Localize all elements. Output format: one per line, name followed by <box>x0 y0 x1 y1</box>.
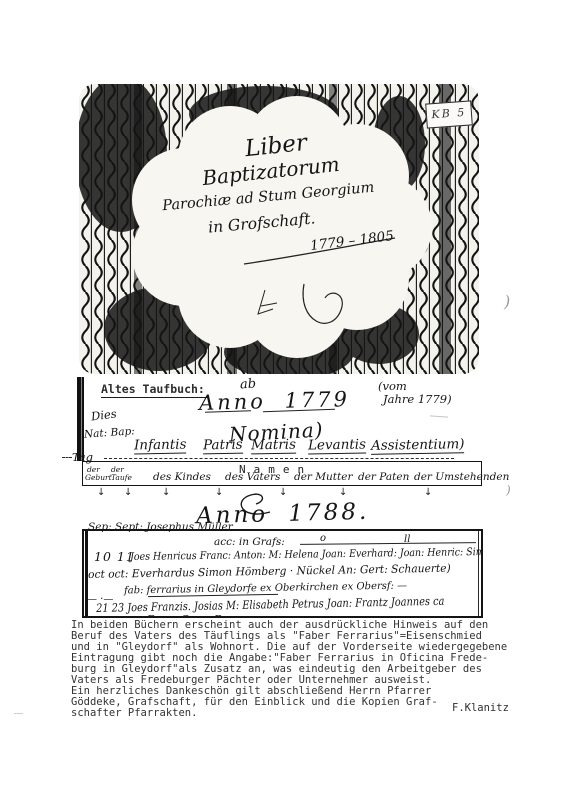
left-fold-bar <box>77 377 84 461</box>
latin-col-levantis: Levantis <box>308 436 366 454</box>
register-rule-line <box>300 542 476 545</box>
taufbuch-title: Altes Taufbuch: <box>101 382 209 398</box>
col-der-paten: der Paten <box>358 471 409 483</box>
register-row1-dates: 10 11 <box>94 549 135 564</box>
latin-col-infantis: Infantis <box>134 437 187 455</box>
column-arrow-3: ↓ <box>162 487 170 498</box>
register-acc-note: acc: in Grafs: <box>214 536 285 548</box>
signature: F.Klanitz <box>452 702 509 714</box>
register-row2: oct oct: Everhardus Simon Hömberg · Nück… <box>88 562 451 581</box>
column-arrow-1: ↓ <box>97 487 105 498</box>
col-der-mutter: der Mutter <box>294 471 352 483</box>
dies-label: Dies <box>90 406 117 423</box>
faint-speck <box>14 713 23 714</box>
register-right-line <box>478 531 479 616</box>
latin-col-assistentium: Assistentium) <box>371 436 465 455</box>
margin-mark-paren-1: ) <box>504 292 510 311</box>
col-taufe: Taufe <box>111 473 132 482</box>
book-cover-scan: KB 5 Liber Baptizatorum Parochiæ ad Stum… <box>79 84 479 374</box>
col-des-kindes: des Kindes <box>153 471 211 483</box>
register-row1-names: Joes Henricus Franc: Anton: M: Helena Jo… <box>130 546 483 563</box>
register-row5-clipped: · ·— R — · G · — Bern <box>122 613 241 618</box>
tag-dash-line <box>104 458 454 459</box>
note-line: schafter Pfarrakten. <box>71 708 516 719</box>
column-arrow-7: ↓ <box>424 487 432 498</box>
vom-note-line1: (vom <box>378 379 407 393</box>
margin-mark-paren-2: ) <box>506 483 511 497</box>
register-mark-o: o <box>320 533 326 544</box>
tag-dash-left <box>62 457 72 458</box>
scanned-document-page: KB 5 Liber Baptizatorum Parochiæ ad Stum… <box>0 0 582 801</box>
column-arrow-2: ↓ <box>124 487 132 498</box>
register-scan-box: acc: in Grafs: o ll 10 11 Joes Henricus … <box>82 529 483 618</box>
col-geburt: Geburt <box>85 473 112 482</box>
col-des-vaters: des Vaters <box>225 471 280 483</box>
archive-label: KB 5 <box>425 100 473 128</box>
col-der-umstehenden: der Umstehenden <box>414 471 509 483</box>
register-top-row-clipped: Sep: Sept: Josephus Müller <box>88 521 233 533</box>
vom-note-line2: Jahre 1779) <box>383 392 452 406</box>
column-arrow-4: ↓ <box>215 487 223 498</box>
column-arrow-5: ↓ <box>279 487 287 498</box>
namen-header-box: Namen der Geburt der Taufe des Kindes de… <box>82 461 482 486</box>
latin-col-matris: Matris <box>251 437 296 455</box>
latin-col-patris: Patris <box>203 437 243 455</box>
typewritten-note: In beiden Büchern erscheint auch der aus… <box>71 620 516 719</box>
column-arrow-6: ↓ <box>339 487 347 498</box>
faint-pencil-mark <box>430 415 448 417</box>
nat-bap-label: Nat: Bap: <box>84 425 135 441</box>
